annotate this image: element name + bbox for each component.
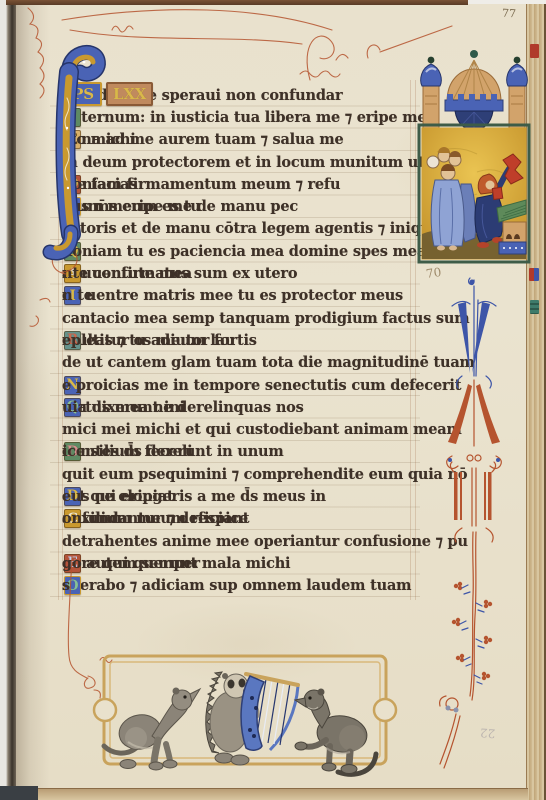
harp [241,674,298,750]
temple-architecture [421,50,528,130]
manuscript-photo: 77 70 22 n te domine speraui non confund… [0,0,546,800]
miniature-temple-scene [417,42,531,264]
frame-notch-right [374,699,396,721]
frame-notch-left [94,699,116,721]
bas-de-page-panel [94,648,396,784]
illuminated-initial-i [36,38,112,266]
margin-penwork-ornament [432,276,516,780]
right-animal [295,689,376,775]
left-tower-dome [421,64,442,86]
right-tower-dome [507,64,528,86]
harpist-hedgehog [206,672,298,765]
